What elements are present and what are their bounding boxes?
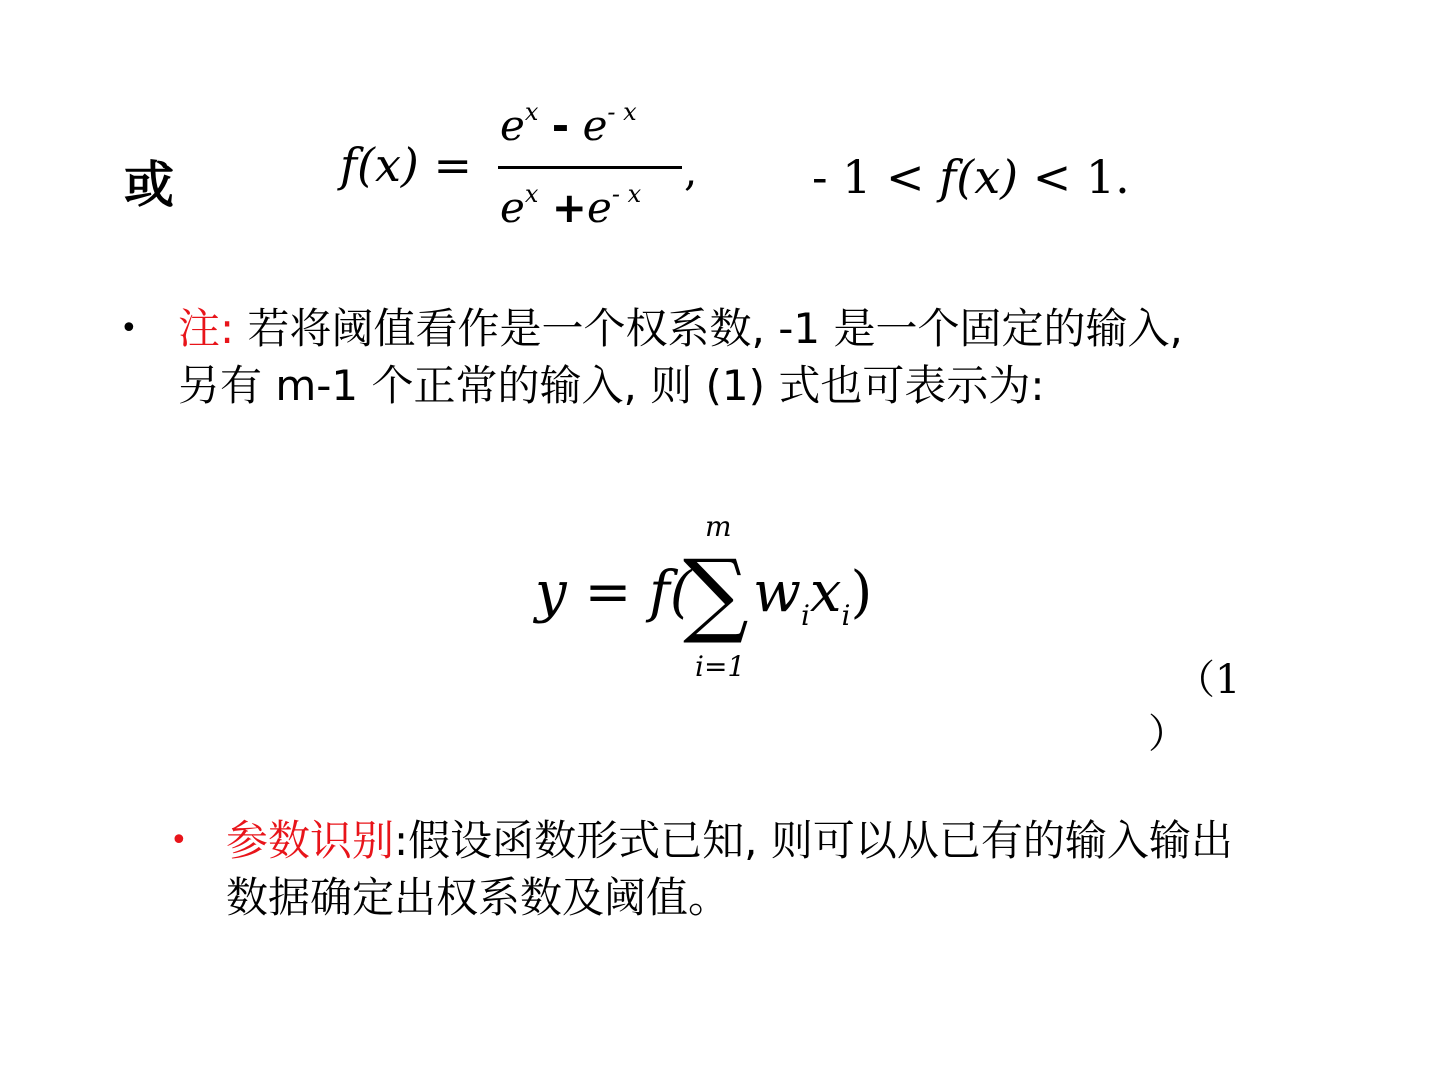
num-term2: e: [583, 101, 608, 150]
bullet-icon: •: [170, 812, 188, 869]
fraction-bar: [498, 166, 682, 169]
range-middle: f(x): [939, 150, 1018, 204]
bullet-icon: •: [120, 300, 138, 357]
den-operator: +: [552, 183, 587, 232]
equation-number-open: （1: [1175, 648, 1240, 705]
den-term2-exp: - x: [612, 180, 641, 208]
sum-upper-limit: m: [705, 510, 732, 543]
note-text-block: 注: 若将阈值看作是一个权系数, -1 是一个固定的输入, 另有 m-1 个正常…: [178, 300, 1218, 414]
equation-weighted-sum: y = f( m ∑ i=1 wixi): [535, 510, 935, 690]
range-left: - 1 <: [812, 150, 925, 204]
num-term1: e: [500, 101, 525, 150]
input-term: x: [810, 560, 842, 625]
sum-lower-limit: i=1: [695, 650, 745, 683]
range-right: < 1.: [1033, 150, 1130, 204]
equation-lhs: f(x) =: [340, 138, 472, 192]
equation2-lhs: y = f(: [535, 560, 692, 625]
close-paren: ): [850, 560, 872, 625]
note-text: 若将阈值看作是一个权系数, -1 是一个固定的输入, 另有 m-1 个正常的输入…: [178, 304, 1183, 410]
fraction-numerator: ex - e- x: [500, 98, 637, 150]
weight-subscript: i: [801, 599, 810, 632]
sigma-icon: ∑: [683, 540, 749, 647]
equation-tanh: f(x) = ex - e- x ex +e- x ,: [340, 98, 720, 238]
param-label: 参数识别: [226, 816, 394, 865]
equation-number-close: ）: [1148, 702, 1188, 759]
den-term1: e: [500, 183, 525, 232]
intro-word: 或: [124, 145, 174, 217]
param-text-block: 参数识别:假设函数形式已知, 则可以从已有的输入输出数据确定出权系数及阈值。: [226, 812, 1246, 926]
num-term1-exp: x: [525, 98, 539, 126]
den-term1-exp: x: [525, 180, 539, 208]
num-operator: -: [552, 101, 569, 150]
den-term2: e: [587, 183, 612, 232]
num-term2-exp: - x: [607, 98, 636, 126]
sum-terms: wixi): [753, 560, 872, 632]
range-inequality: - 1 < f(x) < 1.: [812, 150, 1130, 204]
fraction-denominator: ex +e- x: [500, 180, 641, 232]
note-label: 注:: [178, 304, 234, 353]
equation-comma: ,: [684, 146, 697, 195]
weight-term: w: [753, 560, 801, 625]
